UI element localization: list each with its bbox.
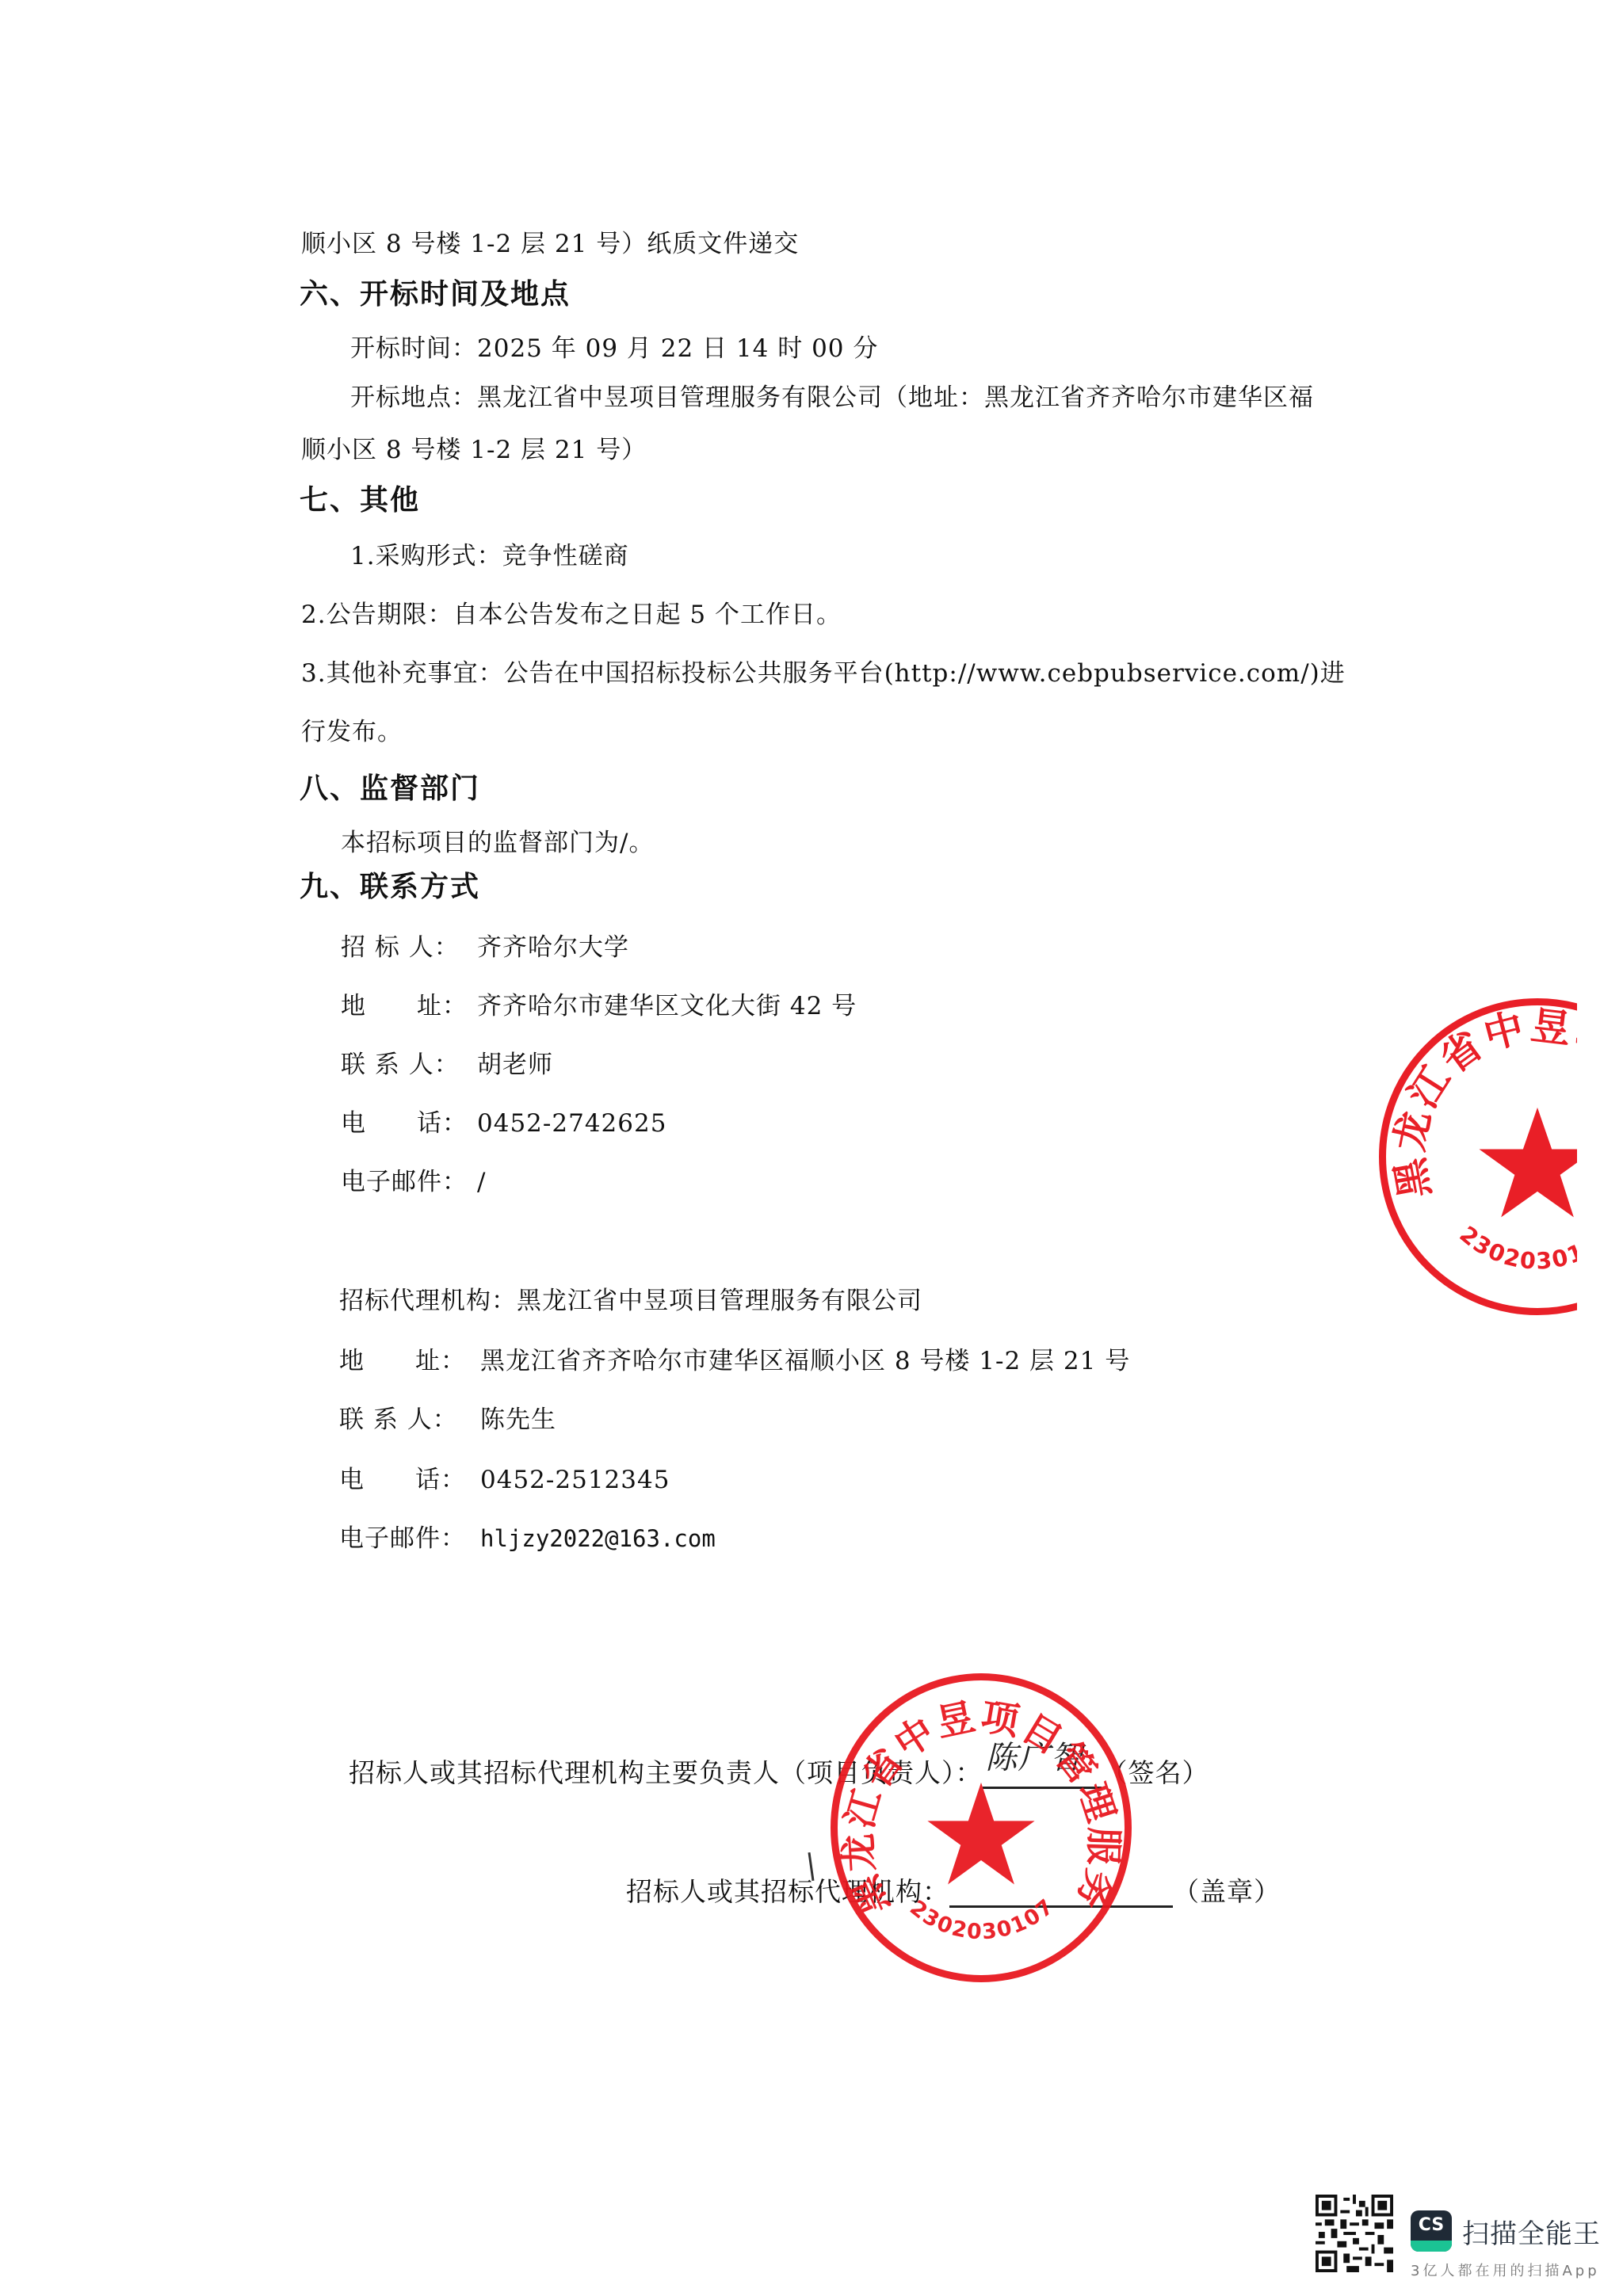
tenderer-address-label: 地 址：	[341, 990, 477, 1022]
continuation-line: 顺小区 8 号楼 1-2 层 21 号）纸质文件递交	[301, 228, 799, 260]
tenderer-address-row: 地 址：齐齐哈尔市建华区文化大街 42 号	[341, 990, 857, 1022]
section-heading-9: 九、联系方式	[300, 871, 480, 903]
camscanner-logo-accent	[1411, 2241, 1452, 2252]
seal-main-graphic: 黑龙江省中昱项目管理服务有限公司 2302030107619	[838, 1680, 1125, 1975]
tenderer-name-row: 招 标 人：齐齐哈尔大学	[341, 932, 629, 963]
bid-opening-time-value: 2025 年 09 月 22 日 14 时 00 分	[477, 334, 878, 363]
tenderer-name-label: 招 标 人：	[341, 932, 477, 963]
tenderer-email-row: 电子邮件：/	[341, 1166, 486, 1198]
seal-suffix: （盖章）	[1173, 1876, 1281, 1907]
agency-phone-value: 0452-2512345	[480, 1466, 670, 1494]
agency-address-label: 地 址：	[339, 1345, 480, 1377]
camscanner-tagline: 3亿人都在用的扫描App	[1411, 2260, 1600, 2280]
tenderer-contact-value: 胡老师	[477, 1051, 553, 1079]
agency-name-value: 黑龙江省中昱项目管理服务有限公司	[517, 1287, 922, 1315]
bid-opening-place-cont: 顺小区 8 号楼 1-2 层 21 号）	[301, 434, 647, 466]
camscanner-app-name: 扫描全能王	[1462, 2212, 1601, 2251]
other-matters: 3.其他补充事宜：公告在中国招标投标公共服务平台(http://www.cebp…	[301, 658, 1346, 689]
tenderer-address-value: 齐齐哈尔市建华区文化大街 42 号	[477, 992, 857, 1020]
agency-phone-label: 电 话：	[339, 1464, 480, 1496]
camscanner-logo-text: CS	[1411, 2215, 1452, 2235]
agency-email-label: 电子邮件：	[339, 1523, 480, 1554]
tenderer-name-value: 齐齐哈尔大学	[477, 933, 629, 962]
company-seal-main: 黑龙江省中昱项目管理服务有限公司 2302030107619	[831, 1673, 1132, 1982]
announcement-period: 2.公告期限：自本公告发布之日起 5 个工作日。	[301, 599, 842, 631]
supervision-text: 本招标项目的监督部门为/。	[341, 827, 654, 859]
scanned-document-page: 顺小区 8 号楼 1-2 层 21 号）纸质文件递交 六、开标时间及地点 开标时…	[0, 0, 1623, 2296]
tenderer-phone-value: 0452-2742625	[477, 1109, 666, 1138]
svg-text:黑龙江省中昱项目管理服务有限公司: 黑龙江省中昱项目管理服务有限公司	[818, 1646, 1125, 1921]
agency-address-row: 地 址：黑龙江省齐齐哈尔市建华区福顺小区 8 号楼 1-2 层 21 号	[339, 1345, 1130, 1377]
agency-contact-label: 联 系 人：	[339, 1404, 480, 1436]
seal-side-clip: 黑龙江省中昱项目管理服务有限公司 2302030107619	[1379, 990, 1577, 1323]
company-seal-side: 黑龙江省中昱项目管理服务有限公司 2302030107619	[1379, 998, 1577, 1315]
tenderer-contact-label: 联 系 人：	[341, 1049, 477, 1081]
bid-opening-time: 开标时间：2025 年 09 月 22 日 14 时 00 分	[350, 333, 878, 364]
section-heading-7: 七、其他	[300, 485, 420, 517]
agency-contact-row: 联 系 人：陈先生	[339, 1404, 556, 1436]
section-heading-6: 六、开标时间及地点	[300, 279, 571, 311]
agency-email-value: hljzy2022@163.com	[480, 1525, 716, 1552]
tenderer-contact-row: 联 系 人：胡老师	[341, 1049, 553, 1081]
bid-opening-place: 开标地点：黑龙江省中昱项目管理服务有限公司（地址：黑龙江省齐齐哈尔市建华区福	[350, 382, 1314, 414]
tenderer-phone-label: 电 话：	[341, 1108, 477, 1139]
qr-code-icon[interactable]	[1316, 2195, 1393, 2272]
agency-address-value: 黑龙江省齐齐哈尔市建华区福顺小区 8 号楼 1-2 层 21 号	[480, 1347, 1130, 1375]
agency-phone-row: 电 话：0452-2512345	[339, 1464, 670, 1496]
seal-side-graphic: 黑龙江省中昱项目管理服务有限公司 2302030107619	[1386, 1005, 1577, 1308]
camscanner-watermark: CS 扫描全能王 3亿人都在用的扫描App	[1300, 2187, 1617, 2274]
other-matters-cont: 行发布。	[301, 716, 403, 748]
bid-opening-time-label: 开标时间：	[350, 334, 477, 363]
bid-opening-place-label: 开标地点：	[350, 383, 477, 412]
camscanner-logo-icon: CS	[1411, 2210, 1452, 2252]
tenderer-email-label: 电子邮件：	[341, 1166, 477, 1198]
agency-email-row: 电子邮件：hljzy2022@163.com	[339, 1523, 716, 1554]
agency-name-row: 招标代理机构：黑龙江省中昱项目管理服务有限公司	[339, 1285, 922, 1317]
agency-contact-value: 陈先生	[480, 1405, 556, 1434]
tenderer-phone-row: 电 话：0452-2742625	[341, 1108, 666, 1139]
tenderer-email-value: /	[477, 1168, 486, 1196]
procurement-method: 1.采购形式：竞争性磋商	[350, 540, 629, 572]
other-matters-text: 3.其他补充事宜：公告在中国招标投标公共服务平台(http://www.cebp…	[301, 659, 1346, 688]
bid-opening-place-value: 黑龙江省中昱项目管理服务有限公司（地址：黑龙江省齐齐哈尔市建华区福	[477, 383, 1314, 412]
agency-name-label: 招标代理机构：	[339, 1287, 517, 1315]
section-heading-8: 八、监督部门	[300, 773, 480, 805]
